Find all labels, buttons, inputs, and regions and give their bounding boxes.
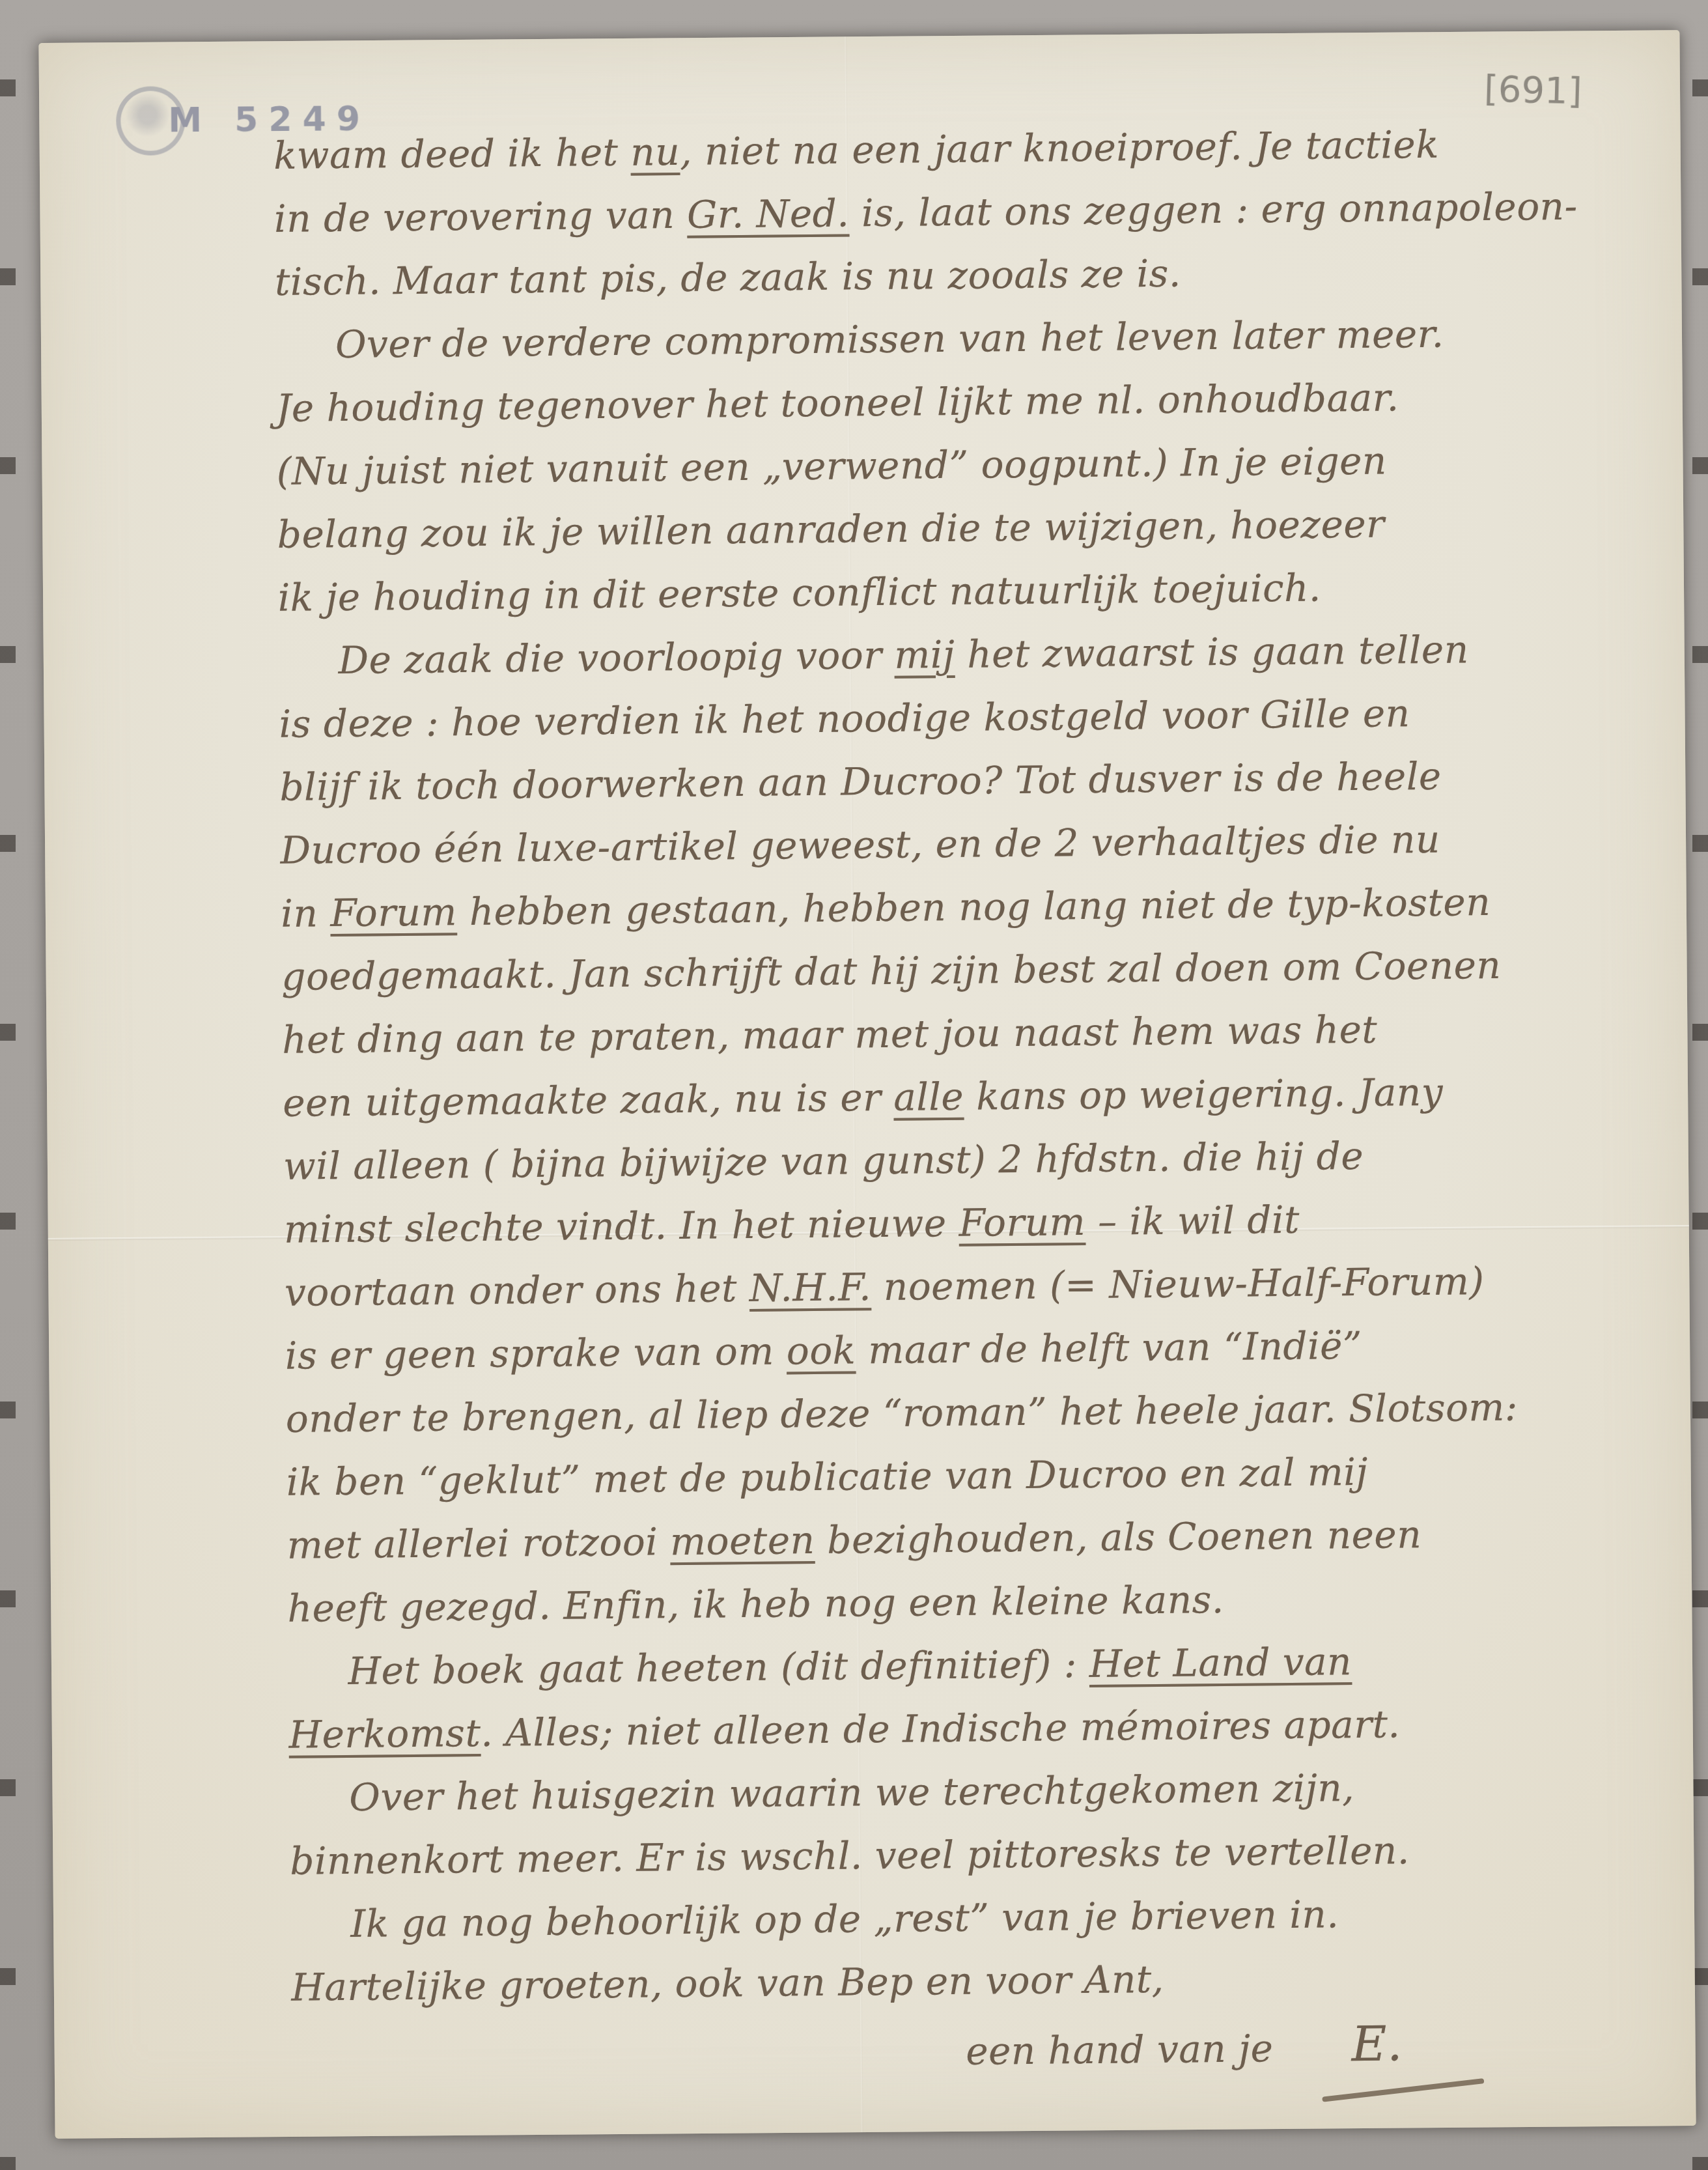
line-text: onder te brengen, al liep deze “roman” h…	[286, 1385, 1519, 1441]
line-text: met allerlei rotzooi	[287, 1519, 670, 1568]
signature-text: E.	[1351, 2016, 1403, 2072]
pencil-page-number: [691]	[1484, 68, 1583, 113]
line-text: bezighouden, als Coenen neen	[815, 1512, 1421, 1562]
line-text: . Alles; niet alleen de Indische mémoire…	[481, 1702, 1401, 1755]
line-text: De zaak die voorloopig voor	[338, 633, 894, 683]
letter-line: Hartelijke groeten, ook van Bep en voor …	[291, 1943, 1614, 2019]
line-text: binnenkort meer. Er is wschl. veel pitto…	[290, 1828, 1410, 1883]
signature-initial: E.	[1351, 2012, 1403, 2076]
letter-line: Over de verdere compromissen van het lev…	[275, 301, 1598, 376]
letter-line: goedgemaakt. Jan schrijft dat hij zijn b…	[281, 933, 1604, 1008]
underlined-word: mij	[894, 632, 955, 677]
film-edge-marks-right	[1692, 0, 1708, 2170]
line-text: kwam deed ik het	[273, 130, 631, 178]
line-text: het zwaarst is gaan tellen	[955, 627, 1469, 677]
underlined-word: N.H.F.	[749, 1265, 871, 1310]
letter-line: voortaan onder ons het N.H.F. noemen (= …	[285, 1248, 1607, 1324]
line-text: hebben gestaan, hebben nog lang niet de …	[456, 880, 1491, 934]
line-text: Over de verdere compromissen van het lev…	[335, 312, 1444, 367]
underlined-word: moeten	[670, 1518, 815, 1564]
line-text: is er geen sprake van om	[285, 1329, 787, 1377]
letter-paper: M 5249 [691] kwam deed ik het nu, niet n…	[38, 30, 1696, 2139]
line-text: – ik wil dit	[1085, 1198, 1300, 1244]
line-text: het ding aan te praten, maar met jou naa…	[282, 1007, 1378, 1062]
line-text: ik ben “geklut” met de publicatie van Du…	[286, 1450, 1368, 1504]
line-text: heeft gezegd. Enfin, ik heb nog een klei…	[287, 1577, 1224, 1631]
letter-line: onder te brengen, al liep deze “roman” h…	[285, 1375, 1608, 1450]
letter-line: in de verovering van Gr. Ned. is, laat o…	[274, 175, 1597, 250]
line-text: Het boek gaat heeten (dit definitief) :	[348, 1642, 1089, 1693]
underlined-word: Forum	[959, 1200, 1085, 1245]
letter-body: kwam deed ik het nu, niet na een jaar kn…	[273, 111, 1614, 2089]
line-text: Ik ga nog behoorlijk op de „rest” van je…	[350, 1892, 1339, 1946]
line-text: Over het huisgezin waarin we terechtgeko…	[349, 1766, 1354, 1820]
closing-line: een hand van je E.	[292, 2010, 1614, 2089]
film-edge-marks-left	[0, 0, 16, 2170]
line-text: , niet na een jaar knoeiproef. Je tactie…	[680, 122, 1439, 174]
line-text: noemen (= Nieuw-Half-Forum)	[871, 1259, 1485, 1309]
line-text: Ducroo één luxe-artikel geweest, en de 2…	[280, 817, 1440, 873]
underlined-word: Gr. Ned.	[687, 191, 850, 236]
line-text: blijf ik toch doorwerken aan Ducroo? Tot…	[279, 754, 1442, 810]
line-text: is, laat ons zeggen : erg onnapoleon-	[849, 184, 1578, 236]
underlined-word: nu	[630, 130, 680, 175]
line-text: minst slechte vindt. In het nieuwe	[284, 1201, 959, 1252]
underlined-word: Het Land van	[1089, 1639, 1352, 1686]
line-text: wil alleen ( bijna bijwijze van gunst) 2…	[283, 1134, 1364, 1189]
line-text: Hartelijke groeten, ook van Bep en voor …	[291, 1957, 1164, 2010]
closing-phrase: een hand van je	[966, 2017, 1274, 2083]
underlined-word: ook	[786, 1328, 856, 1373]
scanned-letter-photo: M 5249 [691] kwam deed ik het nu, niet n…	[0, 0, 1708, 2170]
line-text: ik je houding in dit eerste conflict nat…	[277, 565, 1321, 619]
underlined-word: Forum	[330, 890, 457, 935]
line-text: is deze : hoe verdien ik het noodige kos…	[279, 691, 1410, 746]
letter-line: een uitgemaakte zaak, nu is er alle kans…	[283, 1059, 1605, 1134]
line-text: (Nu juist niet vanuit een „verwend” oogp…	[277, 439, 1388, 494]
line-text: voortaan onder ons het	[285, 1266, 749, 1315]
line-text: belang zou ik je willen aanraden die te …	[277, 502, 1384, 557]
line-text: maar de helft van “Indië”	[856, 1323, 1362, 1372]
line-text: een uitgemaakte zaak, nu is er	[283, 1075, 894, 1125]
line-text: tisch. Maar tant pis, de zaak is nu zooa…	[275, 251, 1181, 304]
signature-underline-flourish	[1322, 2078, 1484, 2102]
underlined-word: Herkomst	[288, 1711, 481, 1757]
line-text: in de verovering van	[274, 193, 688, 241]
line-text: Je houding tegenover het tooneel lijkt m…	[276, 375, 1399, 430]
underlined-word: alle	[893, 1075, 964, 1120]
line-text: goedgemaakt. Jan schrijft dat hij zijn b…	[281, 943, 1502, 999]
line-text: in	[281, 891, 330, 936]
letter-line: met allerlei rotzooi moeten bezighouden,…	[287, 1501, 1609, 1577]
line-text: kans op weigering. Jany	[964, 1070, 1443, 1119]
